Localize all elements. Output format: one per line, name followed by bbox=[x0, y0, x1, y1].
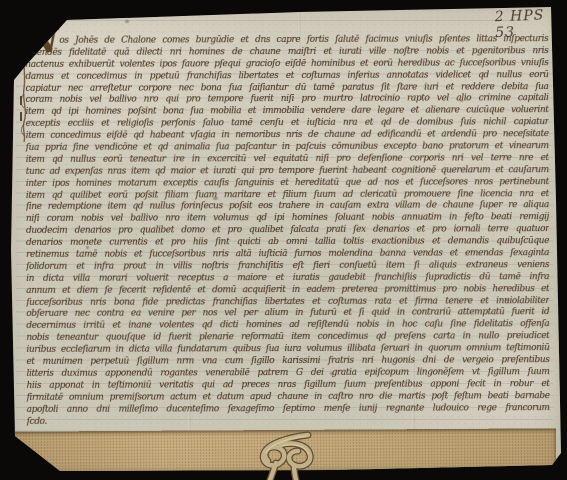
manuscript-photo: { "document": { "kind": "parchment-chart… bbox=[0, 0, 567, 480]
parchment-edge-shading bbox=[0, 0, 567, 480]
parchment-sheet: os Johēs de Chalone comes burgūdie et dn… bbox=[0, 0, 567, 480]
seal-tag-knot bbox=[250, 431, 326, 480]
